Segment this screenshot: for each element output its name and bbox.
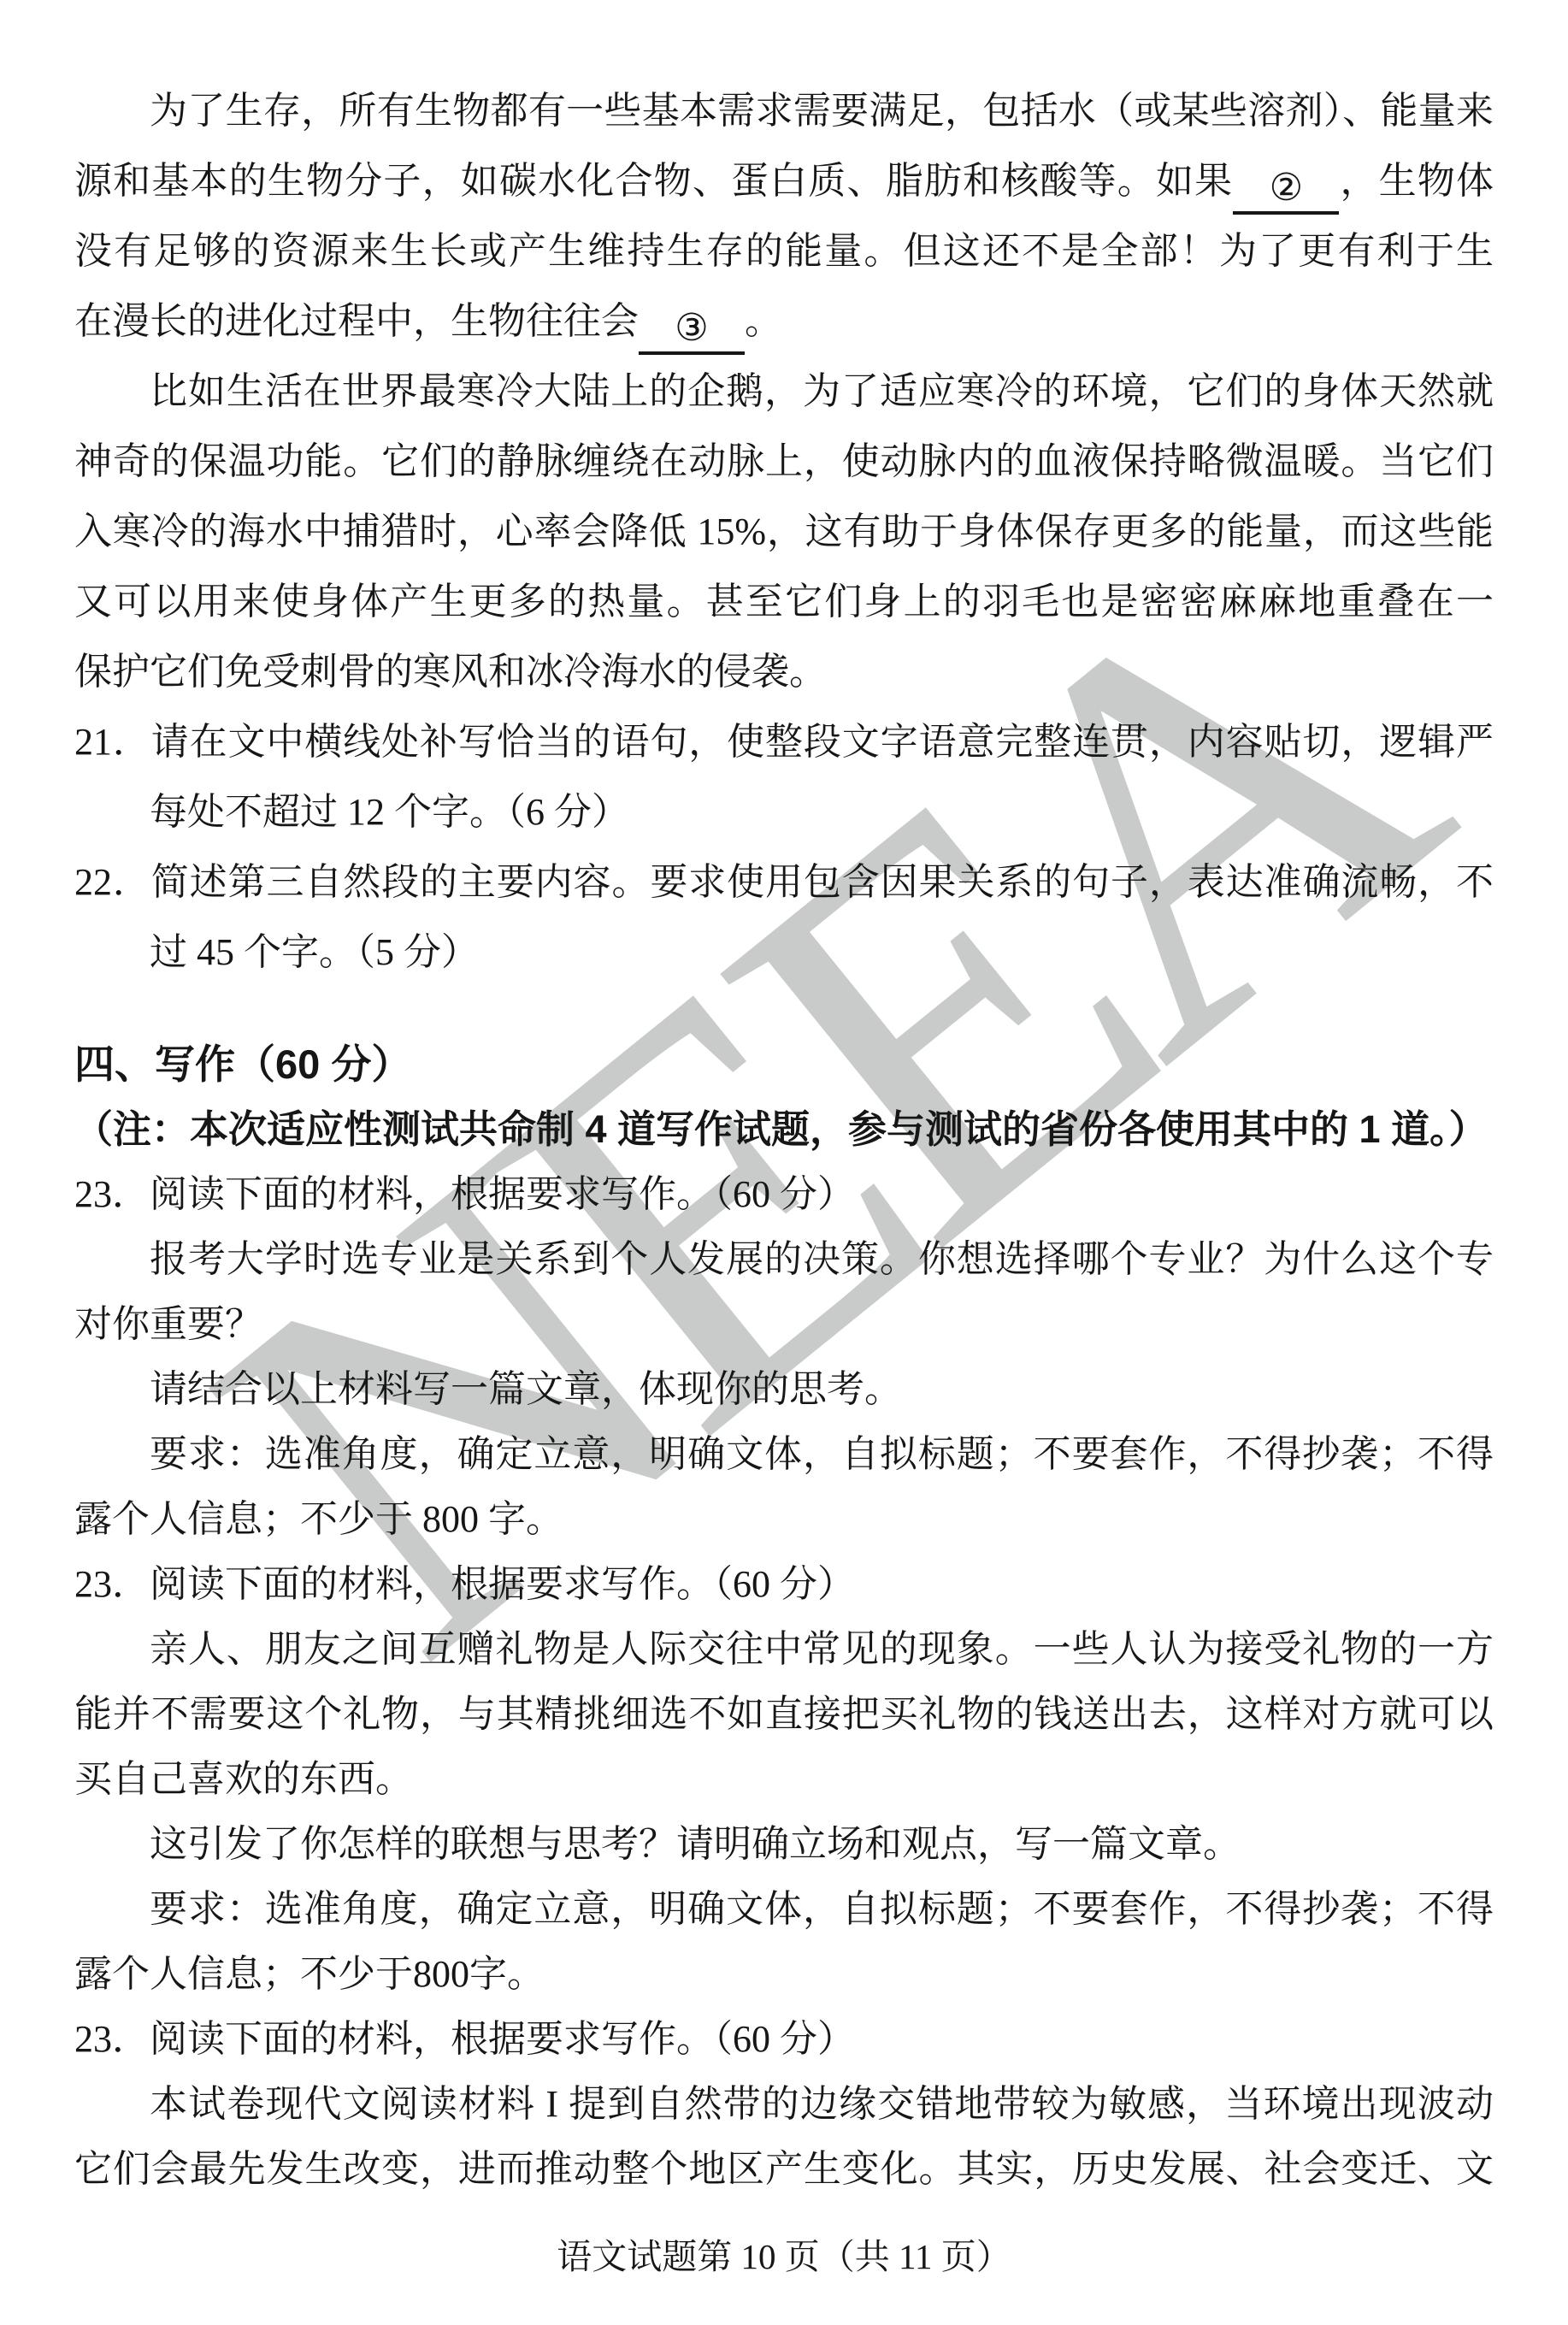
text-line-21: 露个人信息；不少于 800 字。 [74, 1487, 1494, 1552]
text-line-6: 神奇的保温功能。它们的静脉缠绕在动脉上，使动脉内的血液保持略微温暖。当它们潜 [74, 427, 1494, 497]
text-line-5: 比如生活在世界最寒冷大陆上的企鹅，为了适应寒冷的环境，它们的身体天然就有 [74, 357, 1494, 427]
text-segment: 能并不需要这个礼物，与其精挑细选不如直接把买礼物的钱送出去，这样对方就可以去 [74, 1693, 1494, 1747]
text-line-25: 买自己喜欢的东西。 [74, 1747, 1494, 1812]
text-line-16: 23．阅读下面的材料，根据要求写作。（60 分） [74, 1162, 1494, 1227]
text-line-19: 请结合以上材料写一篇文章，体现你的思考。 [74, 1357, 1494, 1422]
text-line-1: 为了生存，所有生物都有一些基本需求需要满足，包括水（或某些溶剂）、能量来 [74, 76, 1494, 146]
text-segment: 报考大学时选专业是关系到个人发展的决策。你想选择哪个专业？为什么这个专业 [74, 1238, 1494, 1292]
text-segment: （注：本次适应性测试共命制 4 道写作试题，参与测试的省份各使用其中的 1 道。… [74, 1107, 1488, 1151]
text-line-29: 23．阅读下面的材料，根据要求写作。（60 分） [74, 2007, 1494, 2072]
text-line-30: 本试卷现代文阅读材料 I 提到自然带的边缘交错地带较为敏感，当环境出现波动时， [74, 2072, 1494, 2137]
text-line-18: 对你重要？ [74, 1292, 1494, 1357]
text-line-2: 源和基本的生物分子，如碳水化合物、蛋白质、脂肪和核酸等。如果②，生物体就 [74, 146, 1494, 216]
text-segment: 保护它们免受刺骨的寒风和冰冷海水的侵袭。 [74, 651, 827, 693]
text-segment: 它们会最先发生改变，进而推动整个地区产生变化。其实，历史发展、社会变迁、文化 [74, 2148, 1494, 2202]
text-line-9: 保护它们免受刺骨的寒风和冰冷海水的侵袭。 [74, 637, 1494, 707]
text-line-17: 报考大学时选专业是关系到个人发展的决策。你想选择哪个专业？为什么这个专业 [74, 1227, 1494, 1292]
text-segment: 在漫长的进化过程中，生物往往会 [74, 300, 639, 342]
text-segment: 四、写作（60 分） [74, 1042, 411, 1087]
text-segment: 要求：选准角度，确定立意，明确文体，自拟标题；不要套作，不得抄袭；不得泄 [74, 1888, 1494, 1942]
text-segment: 买自己喜欢的东西。 [74, 1758, 413, 1800]
text-line-20: 要求：选准角度，确定立意，明确文体，自拟标题；不要套作，不得抄袭；不得泄 [74, 1422, 1494, 1487]
text-line-26: 这引发了你怎样的联想与思考？请明确立场和观点，写一篇文章。 [74, 1812, 1494, 1877]
text-line-31: 它们会最先发生改变，进而推动整个地区产生变化。其实，历史发展、社会变迁、文化 [74, 2137, 1494, 2202]
text-segment: 21．请在文中横线处补写恰当的语句，使整段文字语意完整连贯，内容贴切，逻辑严密， [74, 721, 1494, 777]
text-line-3: 没有足够的资源来生长或产生维持生存的能量。但这还不是全部！为了更有利于生长， [74, 216, 1494, 286]
blank-underline: ③ [639, 305, 745, 355]
text-line-7: 入寒冷的海水中捕猎时，心率会降低 15%，这有助于身体保存更多的能量，而这些能量 [74, 497, 1494, 567]
text-segment: 本试卷现代文阅读材料 I 提到自然带的边缘交错地带较为敏感，当环境出现波动时， [74, 2083, 1494, 2137]
text-segment: 23．阅读下面的材料，根据要求写作。（60 分） [74, 1173, 855, 1215]
blank-underline: ② [1233, 165, 1339, 215]
text-line-23: 亲人、朋友之间互赠礼物是人际交往中常见的现象。一些人认为接受礼物的一方可 [74, 1617, 1494, 1682]
text-segment: 23．阅读下面的材料，根据要求写作。（60 分） [74, 1563, 855, 1605]
text-segment: 为了生存，所有生物都有一些基本需求需要满足，包括水（或某些溶剂）、能量来 [150, 90, 1494, 132]
text-segment: 要求：选准角度，确定立意，明确文体，自拟标题；不要套作，不得抄袭；不得泄 [74, 1433, 1494, 1487]
text-segment: 。 [745, 300, 782, 342]
text-segment: 没有足够的资源来生长或产生维持生存的能量。但这还不是全部！为了更有利于生长， [74, 230, 1494, 286]
text-segment: 入寒冷的海水中捕猎时，心率会降低 15%，这有助于身体保存更多的能量，而这些能量 [74, 510, 1494, 567]
text-segment: 露个人信息；不少于800字。 [74, 1953, 545, 1995]
text-segment: 这引发了你怎样的联想与思考？请明确立场和观点，写一篇文章。 [150, 1823, 1241, 1865]
text-line-11: 每处不超过 12 个字。（6 分） [74, 777, 1494, 847]
text-line-22: 23．阅读下面的材料，根据要求写作。（60 分） [74, 1552, 1494, 1617]
text-segment: 亲人、朋友之间互赠礼物是人际交往中常见的现象。一些人认为接受礼物的一方可 [74, 1628, 1494, 1682]
page-body: 为了生存，所有生物都有一些基本需求需要满足，包括水（或某些溶剂）、能量来源和基本… [74, 76, 1494, 2289]
text-segment: 神奇的保温功能。它们的静脉缠绕在动脉上，使动脉内的血液保持略微温暖。当它们潜 [74, 440, 1494, 497]
text-line-12: 22．简述第三自然段的主要内容。要求使用包含因果关系的句子，表达准确流畅，不超 [74, 847, 1494, 918]
text-segment: 源和基本的生物分子，如碳水化合物、蛋白质、脂肪和核酸等。如果 [74, 160, 1233, 202]
text-line-8: 又可以用来使身体产生更多的热量。甚至它们身上的羽毛也是密密麻麻地重叠在一起， [74, 567, 1494, 637]
text-line-28: 露个人信息；不少于800字。 [74, 1942, 1494, 2007]
text-line-15: （注：本次适应性测试共命制 4 道写作试题，参与测试的省份各使用其中的 1 道。… [74, 1097, 1494, 1162]
text-segment: 请结合以上材料写一篇文章，体现你的思考。 [150, 1368, 902, 1410]
text-segment: 露个人信息；不少于 800 字。 [74, 1498, 563, 1540]
exam-paper-page: NEEA 为了生存，所有生物都有一些基本需求需要满足，包括水（或某些溶剂）、能量… [0, 0, 1568, 2325]
text-segment: 过 45 个字。（5 分） [150, 931, 479, 973]
text-segment: 23．阅读下面的材料，根据要求写作。（60 分） [74, 2018, 855, 2060]
text-segment: 又可以用来使身体产生更多的热量。甚至它们身上的羽毛也是密密麻麻地重叠在一起， [74, 581, 1494, 637]
text-line-10: 21．请在文中横线处补写恰当的语句，使整段文字语意完整连贯，内容贴切，逻辑严密， [74, 707, 1494, 777]
text-segment: 22．简述第三自然段的主要内容。要求使用包含因果关系的句子，表达准确流畅，不超 [74, 861, 1494, 918]
text-segment: 比如生活在世界最寒冷大陆上的企鹅，为了适应寒冷的环境，它们的身体天然就有 [74, 370, 1494, 427]
text-segment: 对你重要？ [74, 1303, 262, 1345]
text-line-14: 四、写作（60 分） [74, 1032, 1494, 1097]
text-line-24: 能并不需要这个礼物，与其精挑细选不如直接把买礼物的钱送出去，这样对方就可以去 [74, 1682, 1494, 1747]
text-line-13: 过 45 个字。（5 分） [74, 918, 1494, 988]
text-segment: 每处不超过 12 个字。（6 分） [150, 791, 629, 833]
page-footer: 语文试题第 10 页（共 11 页） [74, 2224, 1494, 2289]
text-line-4: 在漫长的进化过程中，生物往往会③。 [74, 286, 1494, 357]
text-line-27: 要求：选准角度，确定立意，明确文体，自拟标题；不要套作，不得抄袭；不得泄 [74, 1877, 1494, 1942]
text-lines: 为了生存，所有生物都有一些基本需求需要满足，包括水（或某些溶剂）、能量来源和基本… [74, 76, 1494, 2202]
